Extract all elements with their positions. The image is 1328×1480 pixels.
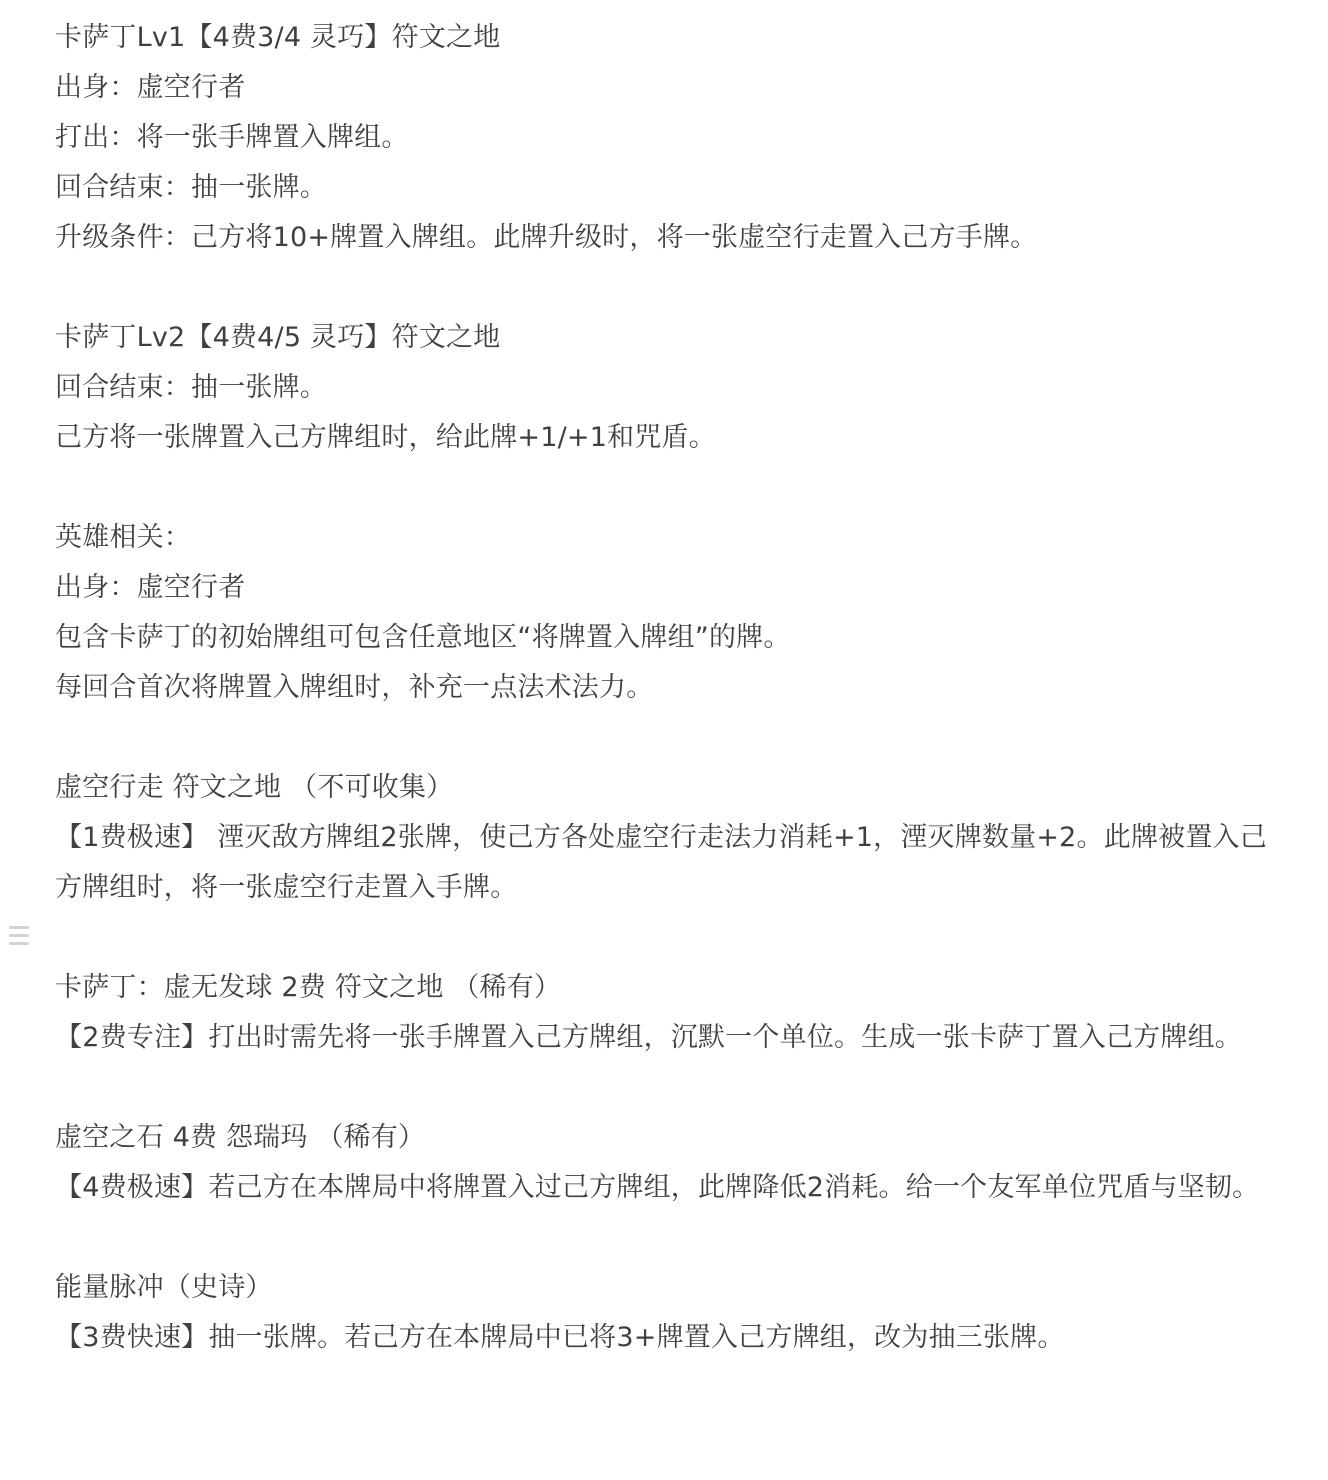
level-up-condition-line: 升级条件：己方将10+牌置入牌组。此牌升级时，将一张虚空行走置入己方手牌。 [55, 213, 1270, 263]
card-title-energy-pulse: 能量脉冲（史诗） [55, 1263, 1270, 1313]
void-walk-effect: 【1费极速】 湮灭敌方牌组2张牌，使己方各处虚空行走法力消耗+1，湮灭牌数量+2… [55, 813, 1270, 913]
blank-line [55, 263, 1270, 313]
card-title-kassadin-lv1: 卡萨丁Lv1【4费3/4 灵巧】符文之地 [55, 13, 1270, 63]
card-title-null-sphere: 卡萨丁：虚无发球 2费 符文之地 （稀有） [55, 963, 1270, 1013]
document-body: 卡萨丁Lv1【4费3/4 灵巧】符文之地 出身：虚空行者 打出：将一张手牌置入牌… [55, 13, 1270, 1363]
card-title-kassadin-lv2: 卡萨丁Lv2【4费4/5 灵巧】符文之地 [55, 313, 1270, 363]
blank-line [55, 713, 1270, 763]
card-title-void-walk: 虚空行走 符文之地 （不可收集） [55, 763, 1270, 813]
card-title-void-stone: 虚空之石 4费 怨瑞玛 （稀有） [55, 1113, 1270, 1163]
energy-pulse-effect: 【3费快速】抽一张牌。若己方在本牌局中已将3+牌置入己方牌组，改为抽三张牌。 [55, 1313, 1270, 1363]
origin-line: 出身：虚空行者 [55, 63, 1270, 113]
drag-handle-bar [9, 934, 29, 937]
blank-line [55, 1063, 1270, 1113]
deck-rule-line: 包含卡萨丁的初始牌组可包含任意地区“将牌置入牌组”的牌。 [55, 613, 1270, 663]
drag-handle-icon[interactable] [9, 926, 31, 948]
round-end-line: 回合结束：抽一张牌。 [55, 363, 1270, 413]
drag-handle-bar [9, 942, 29, 945]
mana-rule-line: 每回合首次将牌置入牌组时，补充一点法术法力。 [55, 663, 1270, 713]
hero-related-heading: 英雄相关： [55, 513, 1270, 563]
lv2-effect-line: 己方将一张牌置入己方牌组时，给此牌+1/+1和咒盾。 [55, 413, 1270, 463]
play-effect-line: 打出：将一张手牌置入牌组。 [55, 113, 1270, 163]
drag-handle-bar [9, 926, 29, 929]
null-sphere-effect: 【2费专注】打出时需先将一张手牌置入己方牌组，沉默一个单位。生成一张卡萨丁置入己… [55, 1013, 1270, 1063]
blank-line [55, 1213, 1270, 1263]
void-stone-effect: 【4费极速】若己方在本牌局中将牌置入过己方牌组，此牌降低2消耗。给一个友军单位咒… [55, 1163, 1270, 1213]
blank-line [55, 463, 1270, 513]
origin-line: 出身：虚空行者 [55, 563, 1270, 613]
blank-line [55, 913, 1270, 963]
round-end-line: 回合结束：抽一张牌。 [55, 163, 1270, 213]
